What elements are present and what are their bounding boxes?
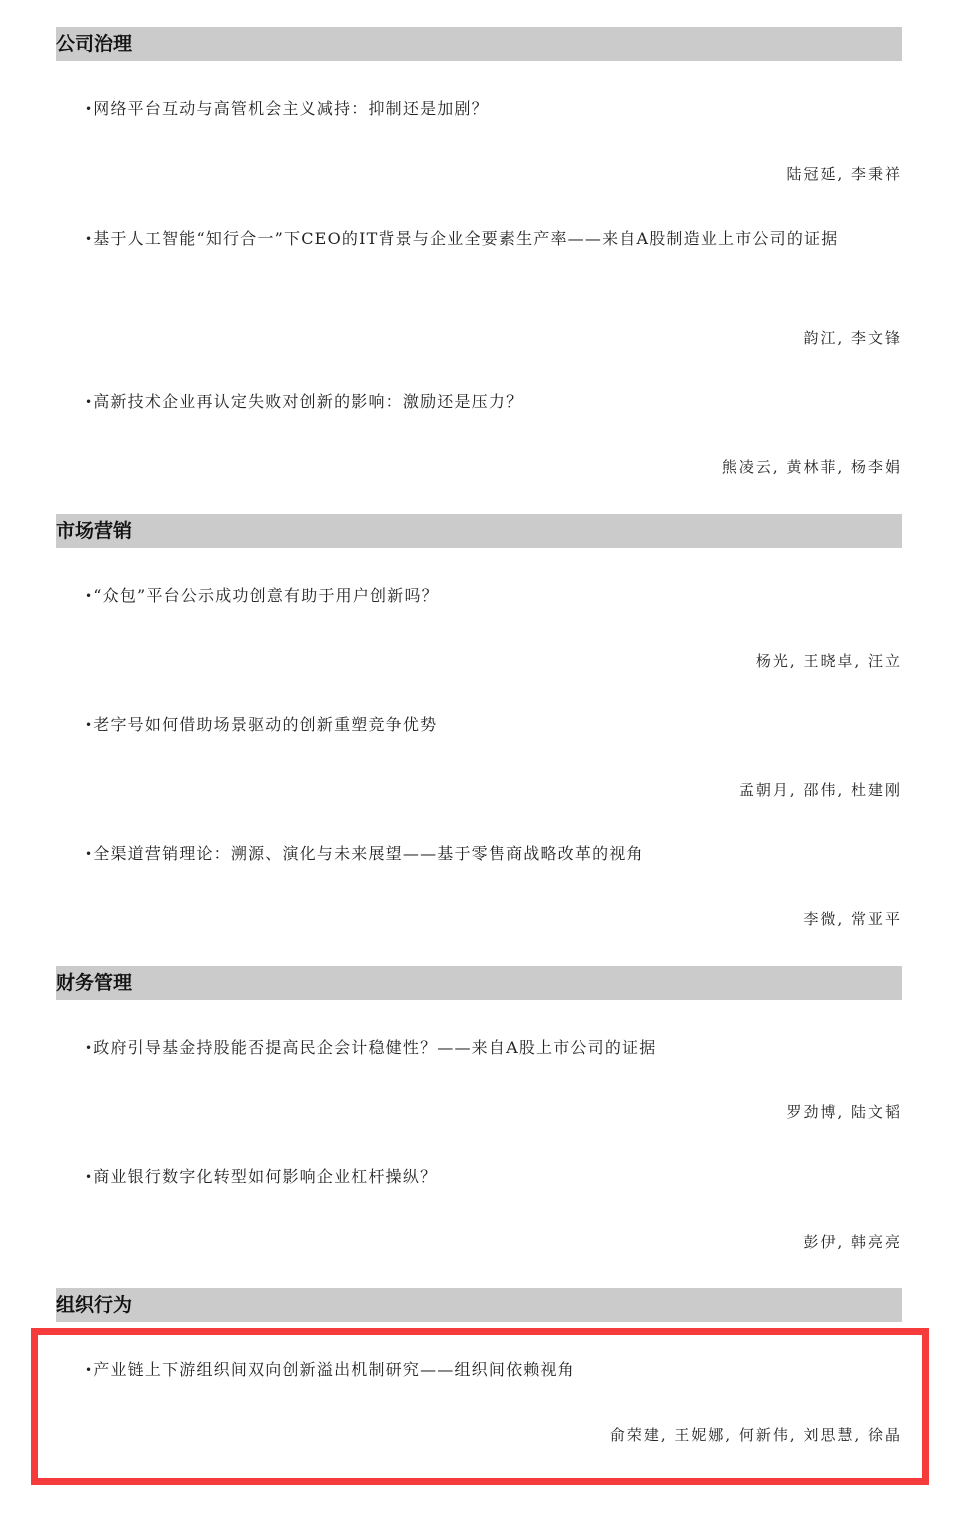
article-title-text: 网络平台互动与高管机会主义减持：抑制还是加剧？ <box>93 99 489 118</box>
article-authors: 熊凌云, 黄林菲, 杨李娟 <box>722 457 902 477</box>
article-title-text: “众包”平台公示成功创意有助于用户创新吗？ <box>93 586 439 605</box>
article-authors: 陆冠延, 李秉祥 <box>786 164 902 184</box>
article-title-text: 政府引导基金持股能否提高民企会计稳健性？——来自A股上市公司的证据 <box>93 1038 656 1057</box>
section-header-financial-management: 财务管理 <box>56 966 902 1000</box>
article-link[interactable]: •高新技术企业再认定失败对创新的影响：激励还是压力？ <box>85 385 903 419</box>
article-authors: 杨光, 王晓卓, 汪立 <box>756 651 902 671</box>
article-title-text: 老字号如何借助场景驱动的创新重塑竞争优势 <box>93 715 437 734</box>
article-link[interactable]: •商业银行数字化转型如何影响企业杠杆操纵？ <box>85 1160 903 1194</box>
section-header-corporate-governance: 公司治理 <box>56 27 902 61</box>
article-authors: 俞荣建, 王妮娜, 何新伟, 刘思慧, 徐晶 <box>610 1425 902 1445</box>
article-title-text: 产业链上下游组织间双向创新溢出机制研究——组织间依赖视角 <box>93 1360 575 1379</box>
article-authors: 罗劲博, 陆文韬 <box>786 1102 902 1122</box>
article-link[interactable]: •“众包”平台公示成功创意有助于用户创新吗？ <box>85 579 903 613</box>
article-link[interactable]: •产业链上下游组织间双向创新溢出机制研究——组织间依赖视角 <box>85 1353 903 1387</box>
article-authors: 韵江, 李文锋 <box>803 328 902 348</box>
article-link[interactable]: •网络平台互动与高管机会主义减持：抑制还是加剧？ <box>85 92 903 126</box>
article-link[interactable]: •基于人工智能“知行合一”下CEO的IT背景与企业全要素生产率——来自A股制造业… <box>85 222 903 256</box>
article-authors: 李微, 常亚平 <box>803 909 902 929</box>
section-header-organizational-behavior: 组织行为 <box>56 1288 902 1322</box>
highlight-box <box>31 1328 929 1485</box>
article-link[interactable]: •政府引导基金持股能否提高民企会计稳健性？——来自A股上市公司的证据 <box>85 1031 903 1065</box>
section-header-marketing: 市场营销 <box>56 514 902 548</box>
article-title-text: 商业银行数字化转型如何影响企业杠杆操纵？ <box>93 1167 437 1186</box>
article-link[interactable]: •全渠道营销理论：溯源、演化与未来展望——基于零售商战略改革的视角 <box>85 837 903 871</box>
article-title-text: 全渠道营销理论：溯源、演化与未来展望——基于零售商战略改革的视角 <box>93 844 643 863</box>
article-title-text: 基于人工智能“知行合一”下CEO的IT背景与企业全要素生产率——来自A股制造业上… <box>93 229 838 248</box>
article-link[interactable]: •老字号如何借助场景驱动的创新重塑竞争优势 <box>85 708 903 742</box>
article-title-text: 高新技术企业再认定失败对创新的影响：激励还是压力？ <box>93 392 523 411</box>
article-authors: 彭伊, 韩亮亮 <box>803 1232 902 1252</box>
article-authors: 孟朝月, 邵伟, 杜建刚 <box>739 780 902 800</box>
